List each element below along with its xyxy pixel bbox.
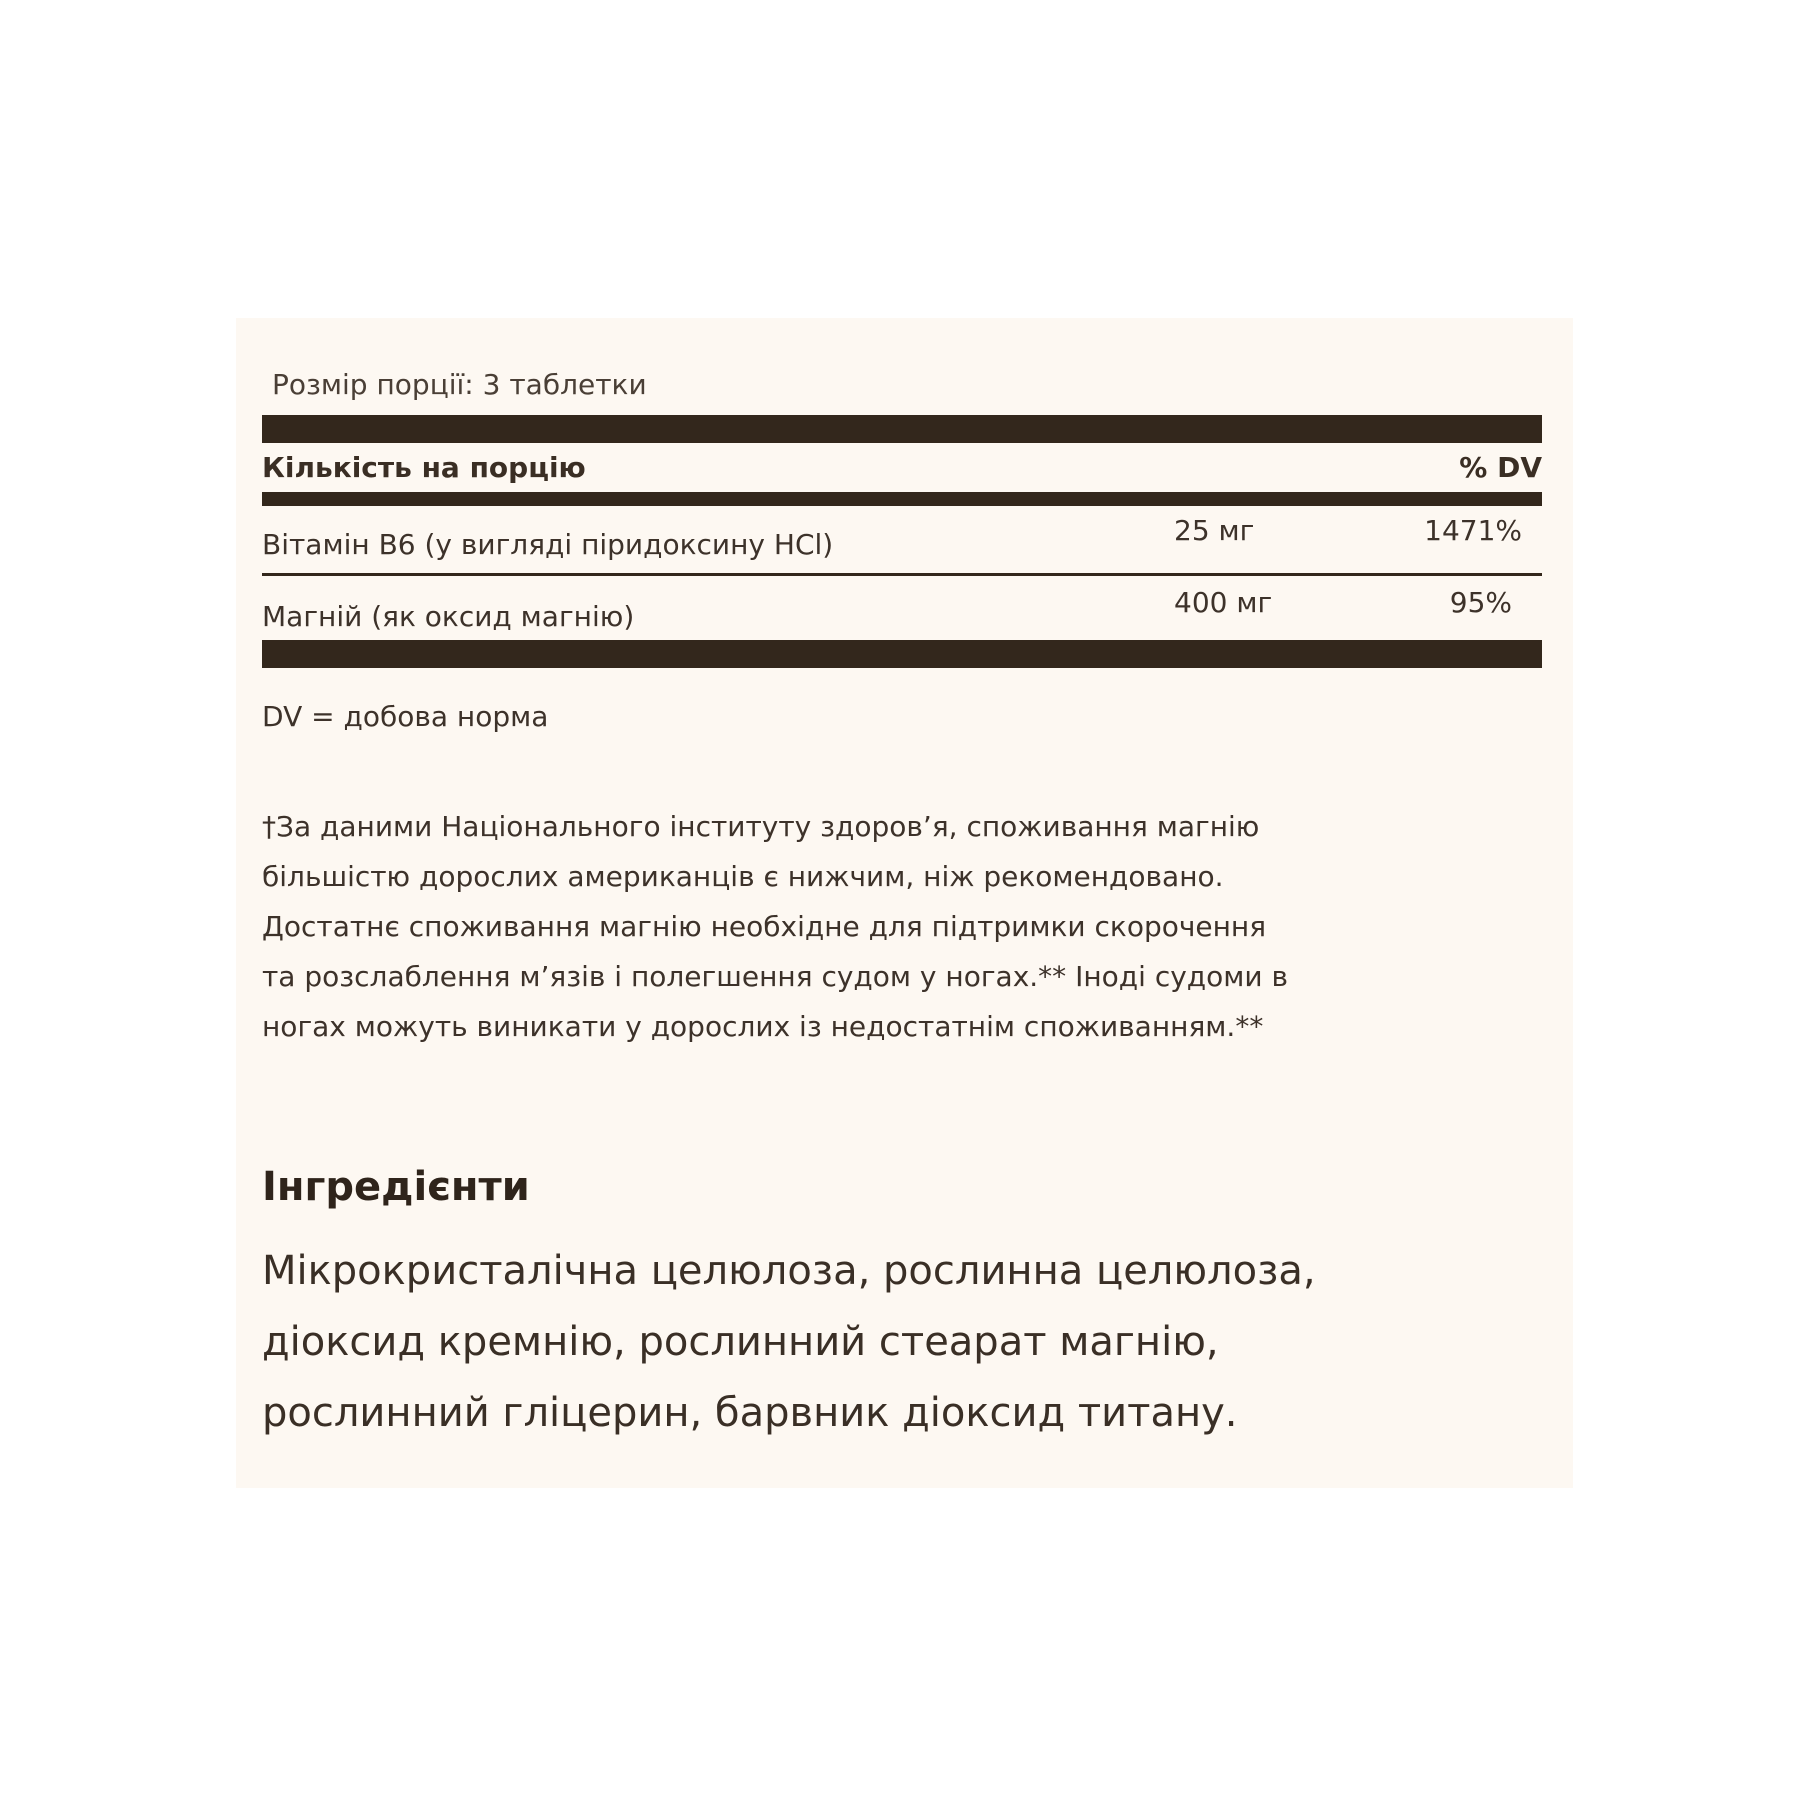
dv-definition-note: DV = добова норма [262,700,548,733]
serving-size: Розмір порції: 3 таблетки [272,368,647,401]
bottom-divider-bar [262,640,1542,668]
nutrient-dv: 95% [1450,586,1512,619]
dv-column-label: % DV [1459,451,1542,484]
amount-per-serving-label: Кількість на порцію [262,451,586,484]
footnote-line: більшістю дорослих американців є нижчим,… [262,852,1562,902]
nutrient-row: Вітамін B6 (у вигляді піридоксину HCl) 2… [262,514,1542,554]
header-divider-bar [262,492,1542,506]
ingredients-line: рослинний гліцерин, барвник діоксид тита… [262,1378,1562,1449]
ingredients-heading: Інгредієнти [262,1164,530,1210]
nutrient-name: Вітамін B6 (у вигляді піридоксину HCl) [262,528,833,561]
footnote-line: †За даними Національного інституту здоро… [262,802,1562,852]
supplement-facts-card: Розмір порції: 3 таблетки Кількість на п… [236,318,1573,1488]
footnote-line: Достатнє споживання магнію необхідне для… [262,902,1562,952]
nutrient-dv: 1471% [1424,514,1522,547]
row-divider [262,573,1542,576]
footnote-line: ногах можуть виникати у дорослих із недо… [262,1002,1562,1052]
ingredients-line: діоксид кремнію, рослинний стеарат магні… [262,1307,1562,1378]
footnote-text: †За даними Національного інституту здоро… [262,802,1562,1052]
facts-header-row: Кількість на порцію % DV [262,451,1542,491]
ingredients-list: Мікрокристалічна целюлоза, рослинна целю… [262,1236,1562,1449]
nutrient-amount: 400 мг [1174,586,1272,619]
nutrient-row: Магній (як оксид магнію) 400 мг 95% [262,586,1542,626]
footnote-line: та розслаблення м’язів і полегшення судо… [262,952,1562,1002]
ingredients-line: Мікрокристалічна целюлоза, рослинна целю… [262,1236,1562,1307]
nutrient-name: Магній (як оксид магнію) [262,600,634,633]
top-divider-bar [262,415,1542,443]
nutrient-amount: 25 мг [1174,514,1254,547]
